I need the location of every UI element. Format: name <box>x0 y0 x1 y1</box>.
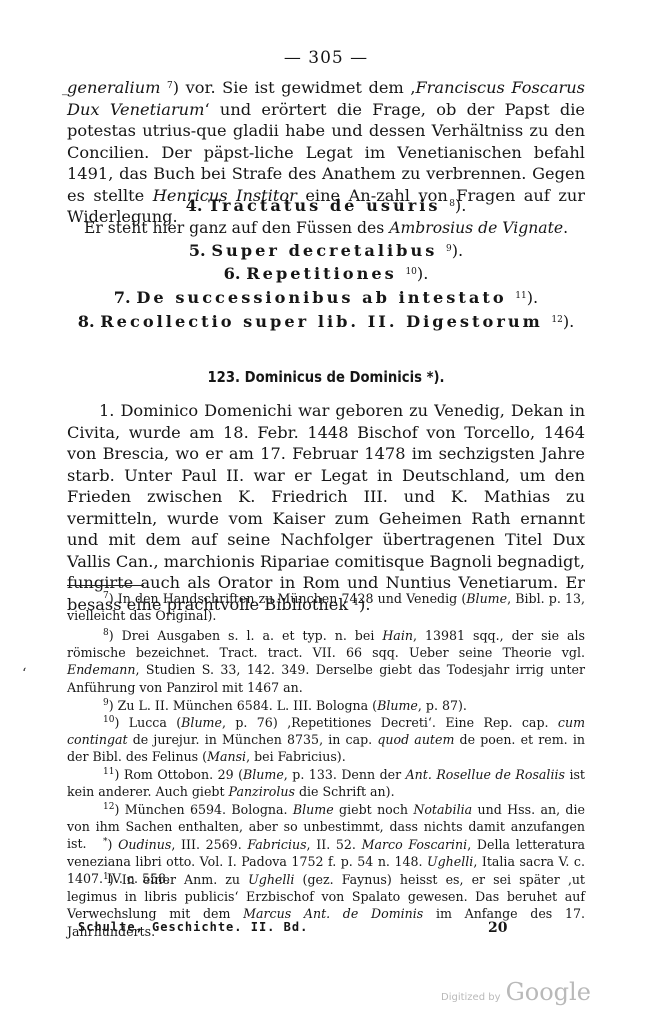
work-item-7: 7. De successionibus ab intestato 11). <box>0 287 652 309</box>
work-item-6: 6. Repetitiones 10). <box>0 263 652 285</box>
work-item-4: 4. Tractatus de usuris 8). <box>0 195 652 217</box>
sheet-number: 20 <box>488 920 507 936</box>
work-4-comment: Er steht hier ganz auf den Füssen des Am… <box>0 217 652 239</box>
google-logo: Google <box>506 978 591 1006</box>
google-watermark: Digitized by Google <box>441 978 591 1006</box>
cited-author: Ambrosius de Vignate <box>389 219 563 237</box>
printer-signature: Schulte, Geschichte. II. Bd. <box>78 920 308 934</box>
footnote-divider <box>67 585 144 586</box>
page-number: — 305 — <box>0 48 652 68</box>
work-item-5: 5. Super decretalibus 9). <box>0 240 652 262</box>
book-page: — 305 — generalium 7) vor. Sie ist gewid… <box>0 0 652 1024</box>
section-heading: 123. Dominicus de Dominicis *). <box>39 368 613 386</box>
footnote-mark: 11 <box>103 767 114 777</box>
footnote-mark: 10 <box>103 715 114 725</box>
scan-speck: ⁻ <box>61 90 68 106</box>
work-item-8: 8. Recollectio super lib. II. Digestorum… <box>0 311 652 333</box>
footnote-7: 7) In den Handschriften zu München 7428 … <box>67 590 585 624</box>
scan-speck: ‘ <box>22 666 26 682</box>
footnote-mark: 12 <box>103 802 114 812</box>
footnote-11: 11) Rom Ottobon. 29 (Blume, p. 133. Denn… <box>67 766 585 800</box>
footnote-8: 8) Drei Ausgaben s. l. a. et typ. n. bei… <box>67 627 585 696</box>
footnote-9: 9) Zu L. II. München 6584. L. III. Bolog… <box>67 697 585 714</box>
biography-paragraph: 1. Dominico Domenichi war geboren zu Ven… <box>67 400 585 615</box>
footnote-10: 10) Lucca (Blume, p. 76) ‚Repetitiones D… <box>67 714 585 766</box>
